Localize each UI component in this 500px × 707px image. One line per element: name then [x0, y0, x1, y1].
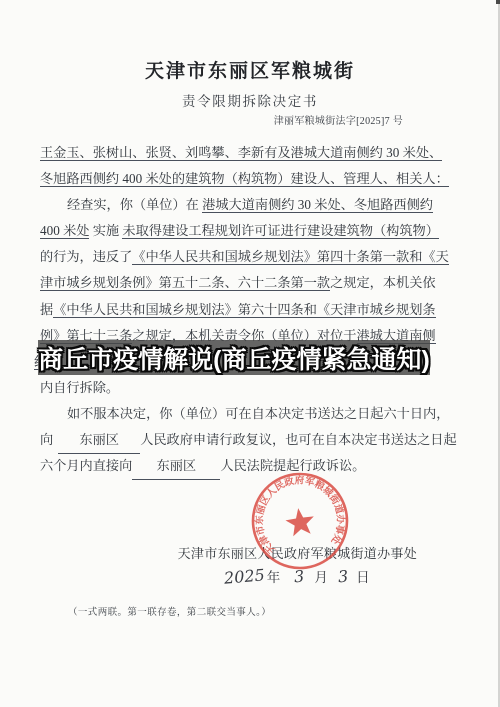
document-subtitle: 责令限期拆除决定书 [0, 90, 500, 110]
body-line: 据《中华人民共和国城乡规划法》第六十四条和《天津市城乡规划条 [40, 297, 464, 323]
photo-corner-artifact [496, 0, 500, 4]
body-text: 人民政府申请行政复议，也可在自本决定书送达之日起 [140, 432, 457, 447]
body-line: 内自行拆除。 [40, 375, 464, 401]
watermark-banner: 商丘市疫情解说(商丘疫情紧急通知) [38, 340, 430, 375]
body-line: 冬旭路西侧约 400 米处的建筑物（构筑物）建设人、管理人、相关人： [40, 166, 464, 192]
filled-in-text: 港城大道南侧约 30 米处、冬旭路西侧约 [202, 197, 433, 213]
body-line: 向东丽区人民政府申请行政复议，也可在自本决定书送达之日起 [40, 427, 464, 453]
cited-law-text: 津市城乡规划条例》第五十二条、六十二条第一款 [40, 275, 330, 291]
recipients-text: 王金玉、张树山、张贤、刘鸣攀、李新有及港城大道南侧约 30 米处、 [40, 145, 442, 161]
official-seal: 天津市东丽区人民政府军粮城街道办事处 [245, 466, 355, 576]
cited-law-text: 《中华人民共和国城乡规划法》第四十条第一款和《天 [132, 249, 449, 265]
district-name: 东丽区 [79, 432, 119, 447]
body-text: 实施 [89, 223, 122, 238]
body-text: 向 [40, 432, 53, 447]
body-text: 之规定，本机关依 [330, 275, 436, 290]
body-text: 经查实，你（单位）在 [67, 197, 202, 212]
fill-in-blank: 东丽区 [58, 427, 140, 454]
recipients-text: 冬旭路西侧约 400 米处的建筑物（构筑物）建设人、管理人、相关人： [40, 171, 449, 187]
fill-in-blank: 东丽区 [132, 453, 220, 480]
body-line: 的行为，违反了《中华人民共和国城乡规划法》第四十条第一款和《天 [40, 244, 464, 270]
body-line: 王金玉、张树山、张贤、刘鸣攀、李新有及港城大道南侧约 30 米处、 [40, 140, 464, 166]
filled-in-text: 未取得建设工程规划许可证进行建设建筑物（构筑物） [122, 223, 439, 239]
body-line: 经查实，你（单位）在 港城大道南侧约 30 米处、冬旭路西侧约 [40, 192, 464, 218]
body-text: 如不服本决定，你（单位）可在自本决定书送达之日起六十日内， [67, 406, 449, 421]
document-title: 天津市东丽区军粮城街 [0, 56, 500, 83]
copies-note: （一式两联。第一联存卷，第二联交当事人。） [68, 604, 271, 618]
seal-star-icon [284, 506, 316, 537]
body-text: 内自行拆除。 [40, 380, 119, 395]
cited-law-text: 《中华人民共和国城乡规划法》第六十四条和《天津市城乡规划条 [53, 302, 435, 318]
document-page: 天津市东丽区军粮城街 责令限期拆除决定书 津丽军粮城街法字[2025]7 号 王… [0, 0, 500, 707]
day-label: 日 [356, 566, 370, 586]
body-line: 400 米处 实施 未取得建设工程规划许可证进行建设建筑物（构筑物） [40, 218, 464, 244]
document-number: 津丽军粮城街法字[2025]7 号 [274, 112, 403, 127]
watermark-banner-text: 商丘市疫情解说(商丘疫情紧急通知) [38, 340, 430, 376]
body-text: 六个月内直接向 [40, 458, 132, 473]
document-body: 王金玉、张树山、张贤、刘鸣攀、李新有及港城大道南侧约 30 米处、 冬旭路西侧约… [40, 140, 464, 479]
body-text: 的行为，违反了 [40, 249, 132, 264]
district-name: 东丽区 [157, 458, 197, 473]
body-text: 据 [40, 302, 53, 317]
body-line: 津市城乡规划条例》第五十二条、六十二条第一款之规定，本机关依 [40, 270, 464, 296]
filled-in-text: 400 米处 [40, 223, 89, 239]
body-line: 如不服本决定，你（单位）可在自本决定书送达之日起六十日内， [40, 401, 464, 427]
